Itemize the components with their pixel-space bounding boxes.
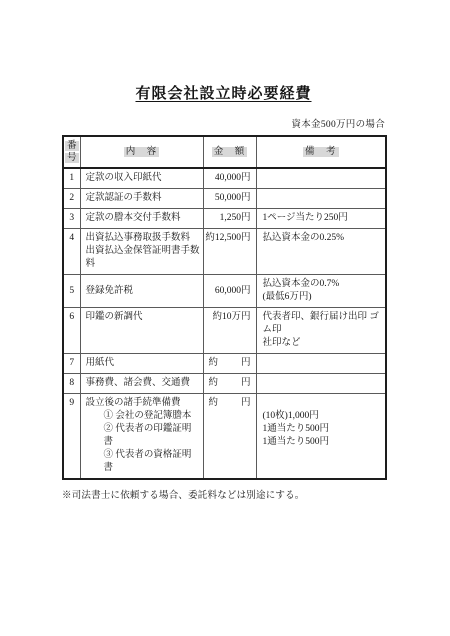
page-title-text: 有限会社設立時必要経費	[135, 86, 311, 102]
amount-cell: 約 円	[203, 394, 256, 480]
remark-line: 代表者印、銀行届け出印 ゴム印	[263, 311, 384, 337]
document-page: 有限会社設立時必要経費 資本金500万円の場合 番 号 内 容 金 額 備 考 …	[0, 0, 450, 636]
remark-cell: (10枚)1,000円 1通当たり500円 1通当たり500円	[256, 394, 386, 480]
remark-cell: 払込資本金の0.25%	[256, 229, 386, 275]
row-number-cell: 1	[63, 168, 80, 189]
row-number-cell: 5	[63, 275, 80, 308]
content-cell: 設立後の諸手続準備費 ① 会社の登記簿謄本 ② 代表者の印鑑証明書 ③ 代表者の…	[80, 394, 203, 480]
sub-item: ③ 代表者の資格証明書	[86, 449, 201, 475]
table-row: 2 定款認証の手数料 50,000円	[63, 189, 386, 209]
table-row: 1 定款の収入印紙代 40,000円	[63, 168, 386, 189]
table-header: 番 号 内 容 金 額 備 考	[63, 136, 386, 168]
header-number: 番 号	[63, 136, 80, 168]
row-number-cell: 3	[63, 209, 80, 229]
content-line: 事務費、諸会費、交通費	[86, 377, 201, 390]
content-cell: 用紙代	[80, 354, 203, 374]
content-line: 用紙代	[86, 357, 201, 370]
amount-cell: 約 円	[203, 354, 256, 374]
header-remarks: 備 考	[256, 136, 386, 168]
content-line: 出資払込事務取扱手数料	[86, 232, 201, 245]
content-line: 登録免許税	[86, 285, 201, 298]
content-line: 定款認証の手数料	[86, 192, 201, 205]
amount-blank: 約 円	[209, 357, 251, 370]
content-line: 定款の収入印紙代	[86, 172, 201, 185]
remark-cell	[256, 189, 386, 209]
content-cell: 定款認証の手数料	[80, 189, 203, 209]
content-cell: 出資払込事務取扱手数料 出資払込金保管証明書手数料	[80, 229, 203, 275]
content-line: 出資払込金保管証明書手数料	[86, 245, 201, 271]
table-row: 7 用紙代 約 円	[63, 354, 386, 374]
remark-cell: 代表者印、銀行届け出印 ゴム印 社印など	[256, 308, 386, 354]
row-number-cell: 9	[63, 394, 80, 480]
row-number-cell: 6	[63, 308, 80, 354]
amount-cell: 約 円	[203, 374, 256, 394]
content-cell: 事務費、諸会費、交通費	[80, 374, 203, 394]
table-row: 3 定款の謄本交付手数料 1,250円 1ページ当たり250円	[63, 209, 386, 229]
footnote: ※司法書士に依頼する場合、委託料などは別途にする。	[62, 487, 385, 501]
content-cell: 登録免許税	[80, 275, 203, 308]
table-row: 8 事務費、諸会費、交通費 約 円	[63, 374, 386, 394]
capital-case-note: 資本金500万円の場合	[62, 116, 385, 130]
remark-cell	[256, 374, 386, 394]
amount-approx-label: 約	[209, 397, 219, 410]
remark-line-blank	[263, 397, 384, 410]
remark-line: 1通当たり500円	[263, 423, 384, 436]
remark-cell: 1ページ当たり250円	[256, 209, 386, 229]
amount-cell: 40,000円	[203, 168, 256, 189]
amount-cell: 50,000円	[203, 189, 256, 209]
header-number-line1: 番	[64, 140, 80, 152]
row-number-cell: 7	[63, 354, 80, 374]
remark-line: (10枚)1,000円	[263, 410, 384, 423]
table-header-row: 番 号 内 容 金 額 備 考	[63, 136, 386, 168]
table-body: 1 定款の収入印紙代 40,000円 2 定款認証の手数料 50,000円 3 …	[63, 168, 386, 479]
header-number-line2: 号	[64, 152, 80, 164]
remark-cell	[256, 354, 386, 374]
amount-yen-label: 円	[241, 397, 251, 410]
content-cell: 印鑑の新調代	[80, 308, 203, 354]
sub-item: ① 会社の登記簿謄本	[86, 410, 201, 423]
sub-item: ② 代表者の印鑑証明書	[86, 423, 201, 449]
amount-approx-label: 約	[209, 357, 219, 370]
content-line: 設立後の諸手続準備費	[86, 397, 201, 410]
amount-blank: 約 円	[209, 377, 251, 390]
table-row: 9 設立後の諸手続準備費 ① 会社の登記簿謄本 ② 代表者の印鑑証明書 ③ 代表…	[63, 394, 386, 480]
amount-cell: 約12,500円	[203, 229, 256, 275]
row-number-cell: 2	[63, 189, 80, 209]
remark-line: (最低6万円)	[263, 291, 384, 304]
amount-cell: 1,250円	[203, 209, 256, 229]
header-amount: 金 額	[203, 136, 256, 168]
header-content: 内 容	[80, 136, 203, 168]
amount-approx-label: 約	[209, 377, 219, 390]
table-row: 6 印鑑の新調代 約10万円 代表者印、銀行届け出印 ゴム印 社印など	[63, 308, 386, 354]
content-line: 定款の謄本交付手数料	[86, 212, 201, 225]
table-row: 5 登録免許税 60,000円 払込資本金の0.7% (最低6万円)	[63, 275, 386, 308]
content-cell: 定款の謄本交付手数料	[80, 209, 203, 229]
row-number-cell: 4	[63, 229, 80, 275]
remark-line: 社印など	[263, 337, 384, 350]
remark-cell: 払込資本金の0.7% (最低6万円)	[256, 275, 386, 308]
remark-cell	[256, 168, 386, 189]
amount-blank: 約 円	[209, 397, 251, 410]
table-row: 4 出資払込事務取扱手数料 出資払込金保管証明書手数料 約12,500円 払込資…	[63, 229, 386, 275]
remark-line: 1ページ当たり250円	[263, 212, 384, 225]
remark-line: 1通当たり500円	[263, 436, 384, 449]
remark-line: 払込資本金の0.25%	[263, 232, 384, 245]
content-line: 印鑑の新調代	[86, 311, 201, 324]
amount-cell: 60,000円	[203, 275, 256, 308]
content-cell: 定款の収入印紙代	[80, 168, 203, 189]
expense-table: 番 号 内 容 金 額 備 考 1 定款の収入印紙代 40,000円 2 定款認…	[62, 135, 387, 480]
row-number-cell: 8	[63, 374, 80, 394]
amount-cell: 約10万円	[203, 308, 256, 354]
remark-line: 払込資本金の0.7%	[263, 278, 384, 291]
amount-yen-label: 円	[241, 377, 251, 390]
amount-yen-label: 円	[241, 357, 251, 370]
page-title: 有限会社設立時必要経費	[62, 82, 385, 103]
